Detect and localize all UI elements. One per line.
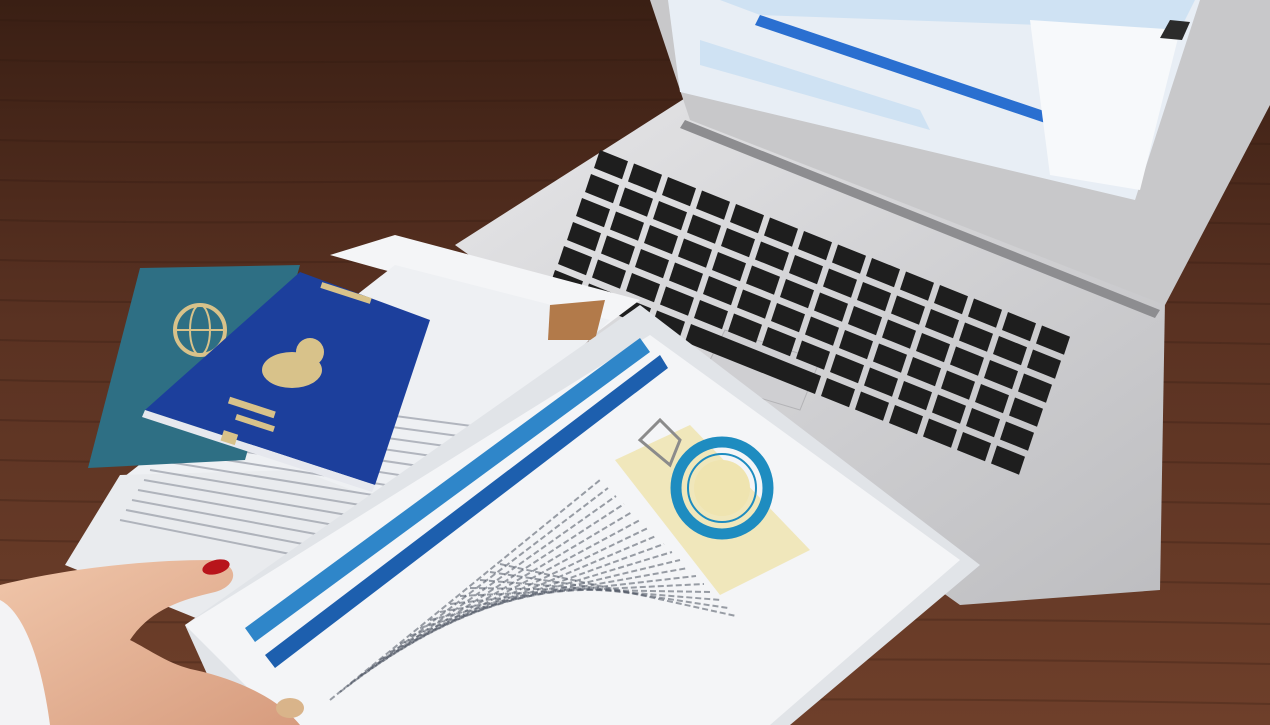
scene-illustration xyxy=(0,0,1270,725)
form-photo xyxy=(548,300,605,340)
photo-scene: Passports, travel documents and an open … xyxy=(0,0,1270,725)
